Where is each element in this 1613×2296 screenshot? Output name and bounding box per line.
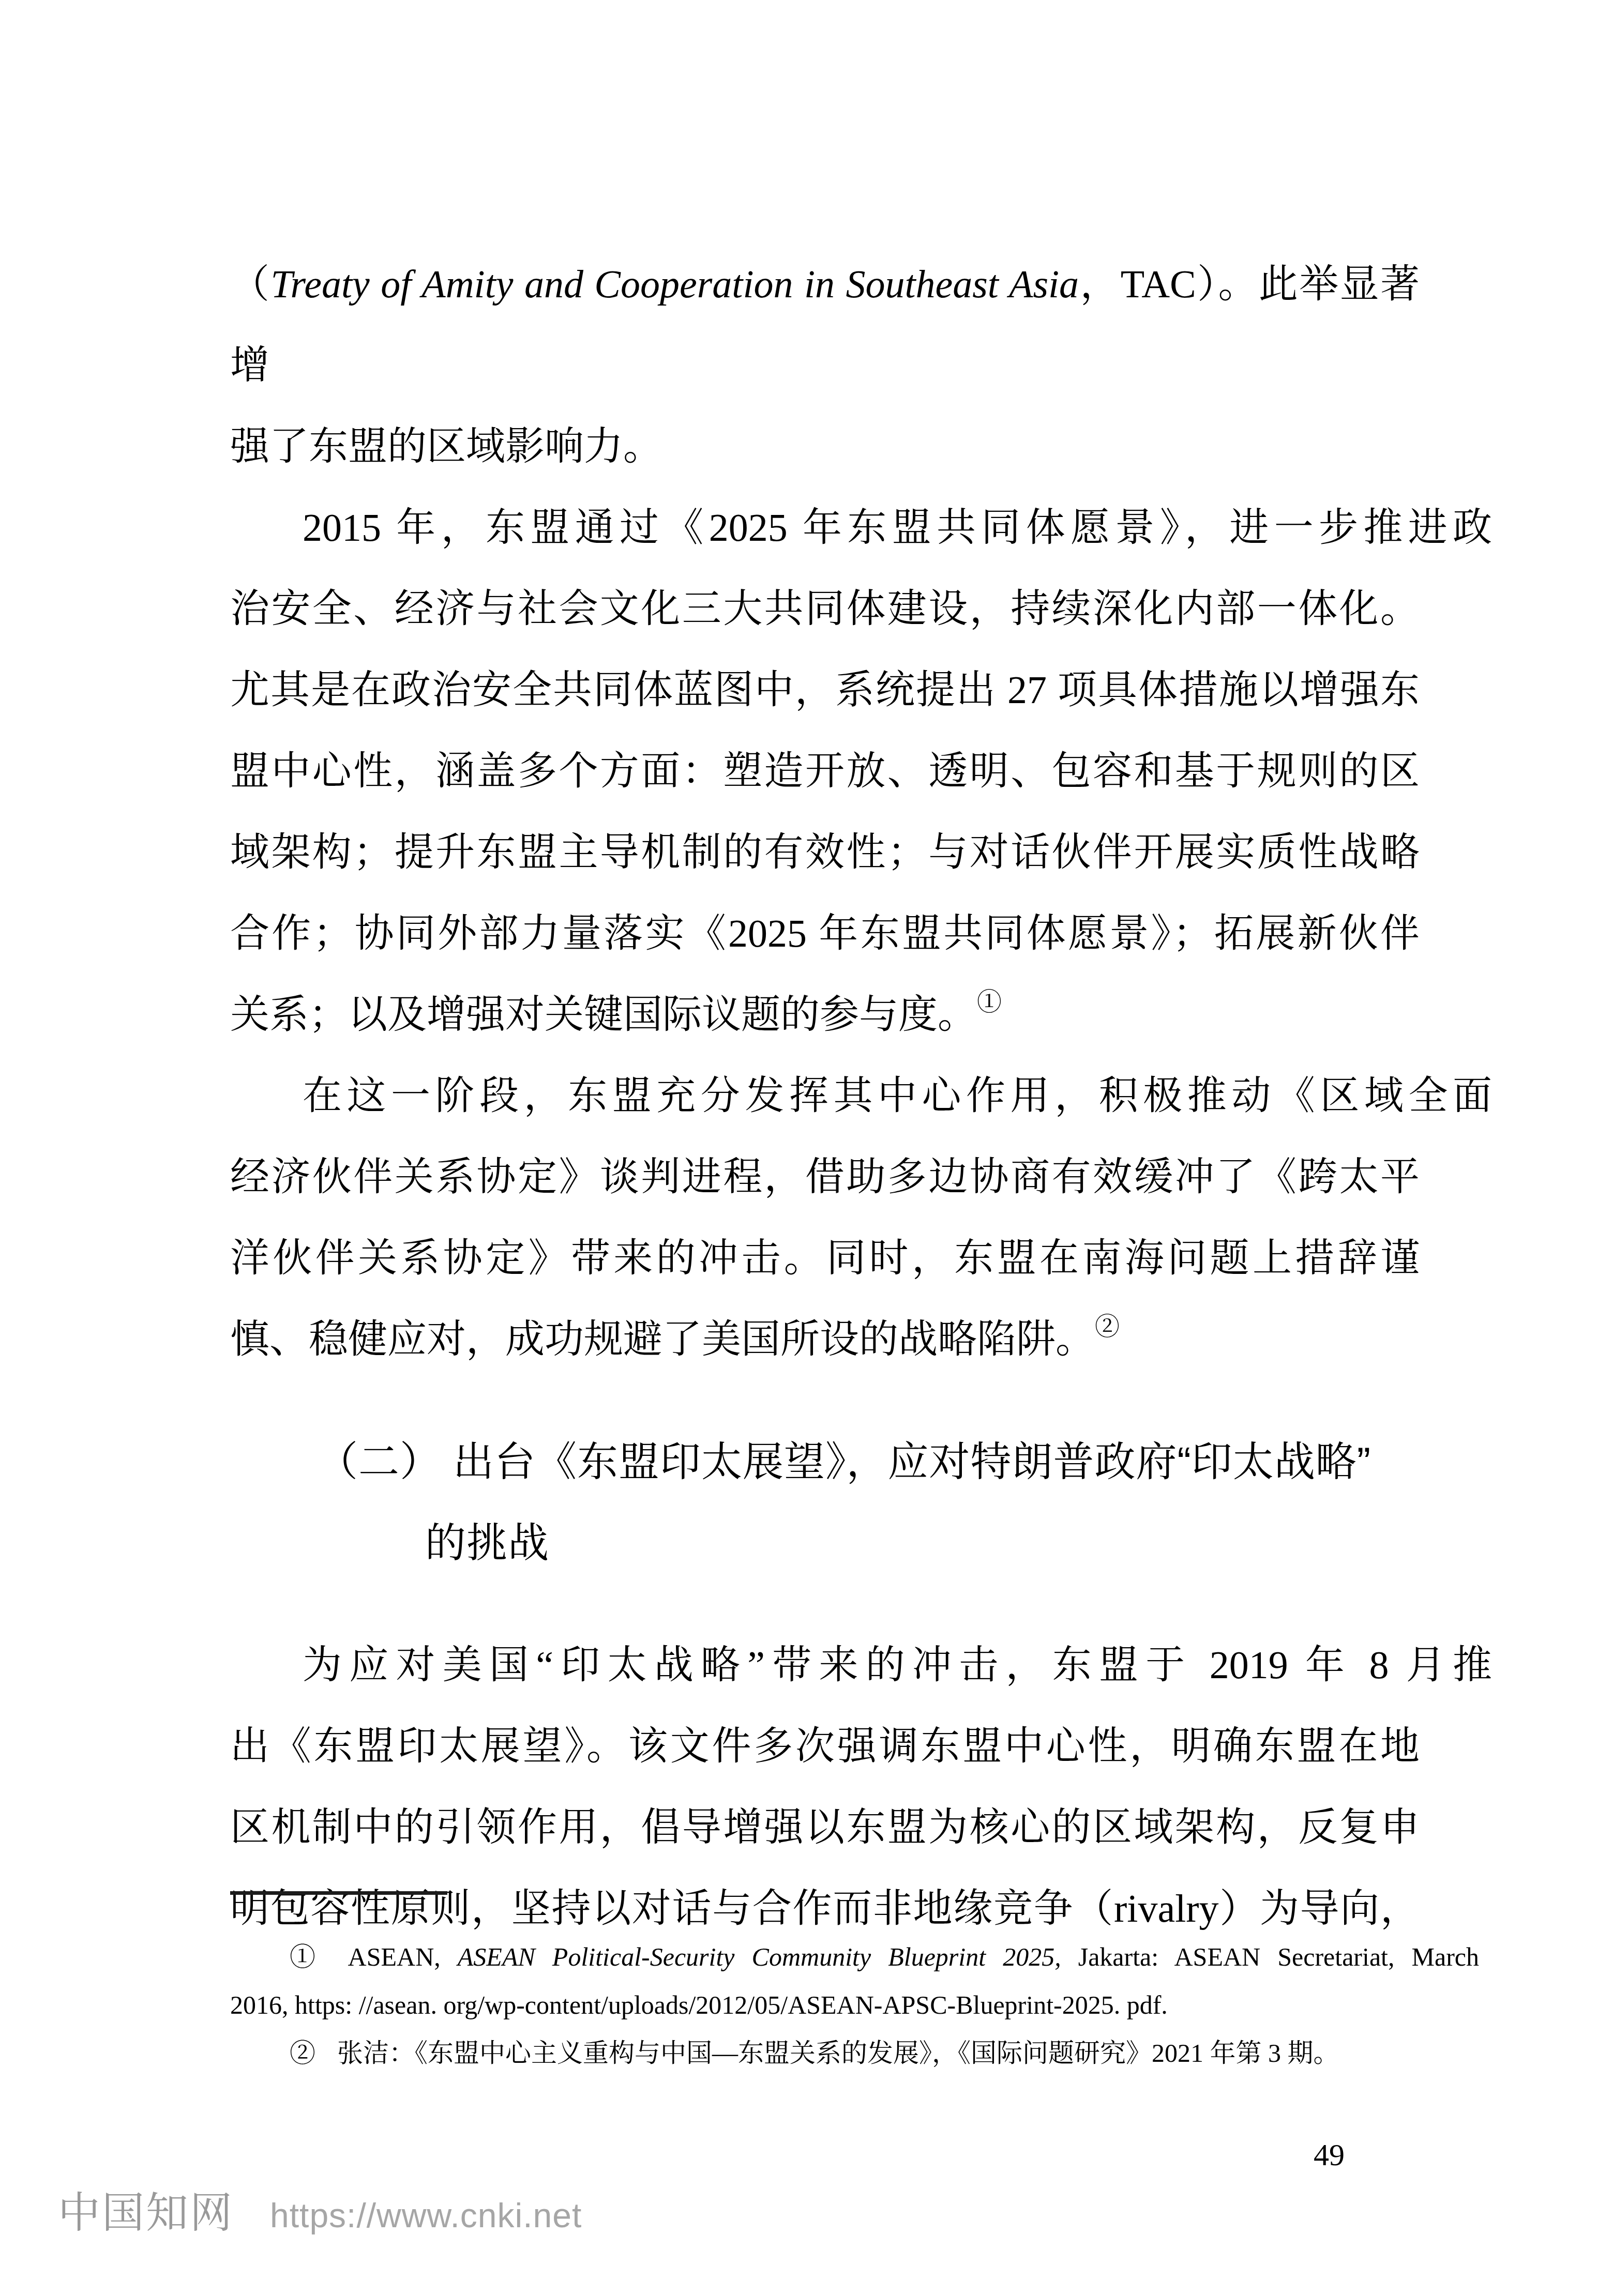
- footnotes: ①ASEAN, ASEAN Political-Security Communi…: [230, 1933, 1420, 2077]
- footnote-ref-1: ①: [977, 989, 1002, 1016]
- body-paragraph-4-line-3: 区机制中的引领作用，倡导增强以东盟为核心的区域架构，反复申: [230, 1787, 1420, 1868]
- body-paragraph-2-line-5: 域架构；提升东盟主导机制的有效性；与对话伙伴开展实质性战略: [230, 812, 1420, 893]
- text-segment: 关系；以及增强对关键国际议题的参与度。: [230, 993, 977, 1037]
- page-number: 49: [1314, 2139, 1345, 2170]
- body-paragraph-3-line-3: 洋伙伴关系协定》带来的冲击。同时，东盟在南海问题上措辞谨: [230, 1218, 1420, 1299]
- body-paragraph-3-line-1: 在这一阶段，东盟充分发挥其中心作用，积极推动《区域全面: [230, 1056, 1492, 1137]
- body-paragraph-2-line-3: 尤其是在政治安全共同体蓝图中，系统提出 27 项具体措施以增强东: [230, 650, 1420, 731]
- body-paragraph-1-line-1: （Treaty of Amity and Cooperation in Sout…: [230, 244, 1420, 406]
- document-page: （Treaty of Amity and Cooperation in Sout…: [0, 0, 1613, 2296]
- body-paragraph-2-line-2: 治安全、经济与社会文化三大共同体建设，持续深化内部一体化。: [230, 569, 1420, 650]
- body-paragraph-2-line-7: 关系；以及增强对关键国际议题的参与度。①: [230, 975, 1420, 1056]
- text-segment: 慎、稳健应对，成功规避了美国所设的战略陷阱。: [230, 1318, 1095, 1361]
- body-paragraph-3-line-2: 经济伙伴关系协定》谈判进程，借助多边协商有效缓冲了《跨太平: [230, 1137, 1420, 1218]
- cnki-logo: 中国知网: [58, 2192, 234, 2234]
- section-heading: （二） 出台《东盟印太展望》，应对特朗普政府“印太战略” 的挑战: [230, 1421, 1420, 1584]
- cnki-url: https://www.cnki.net: [270, 2198, 582, 2232]
- text-segment: 张洁：《东盟中心主义重构与中国—东盟关系的发展》，《国际问题研究》2021 年第…: [337, 2039, 1339, 2067]
- text-segment: Jakarta: ASEAN Secretariat, March: [1061, 1942, 1479, 1971]
- footnote-1-marker: ①: [290, 1942, 326, 1971]
- footnote-2-marker: ②: [290, 2039, 315, 2067]
- footnote-2: ②张洁：《东盟中心主义重构与中国—东盟关系的发展》，《国际问题研究》2021 年…: [230, 2029, 1479, 2077]
- italic-treaty-title: Treaty of Amity and Cooperation in South…: [270, 263, 1079, 306]
- section-heading-line-2: 的挑战: [230, 1502, 1613, 1584]
- section-heading-line-1: （二） 出台《东盟印太展望》，应对特朗普政府“印太战略”: [230, 1421, 1506, 1502]
- article-body: （Treaty of Amity and Cooperation in Sout…: [230, 244, 1420, 1950]
- body-paragraph-3-line-4: 慎、稳健应对，成功规避了美国所设的战略陷阱。②: [230, 1299, 1420, 1380]
- footnote-ref-2: ②: [1095, 1313, 1120, 1341]
- italic-blueprint-title: ASEAN Political-Security Community Bluep…: [458, 1942, 1061, 1971]
- footnote-1-line-2: 2016, https: //asean. org/wp-content/upl…: [230, 1981, 1420, 2029]
- body-paragraph-1-line-2: 强了东盟的区域影响力。: [230, 406, 1420, 488]
- text-segment: （: [230, 263, 270, 306]
- body-paragraph-2-line-1: 2015 年，东盟通过《2025 年东盟共同体愿景》，进一步推进政: [230, 488, 1492, 569]
- text-segment: ASEAN,: [348, 1942, 458, 1971]
- body-paragraph-2-line-6: 合作；协同外部力量落实《2025 年东盟共同体愿景》；拓展新伙伴: [230, 893, 1420, 975]
- body-paragraph-4-line-1: 为应对美国“印太战略”带来的冲击，东盟于 2019 年 8 月推: [230, 1625, 1492, 1706]
- body-paragraph-2-line-4: 盟中心性，涵盖多个方面：塑造开放、透明、包容和基于规则的区: [230, 731, 1420, 812]
- footnote-1-line-1: ①ASEAN, ASEAN Political-Security Communi…: [230, 1933, 1479, 1981]
- body-paragraph-4-line-2: 出《东盟印太展望》。该文件多次强调东盟中心性，明确东盟在地: [230, 1706, 1420, 1787]
- footnote-separator: [230, 1891, 447, 1895]
